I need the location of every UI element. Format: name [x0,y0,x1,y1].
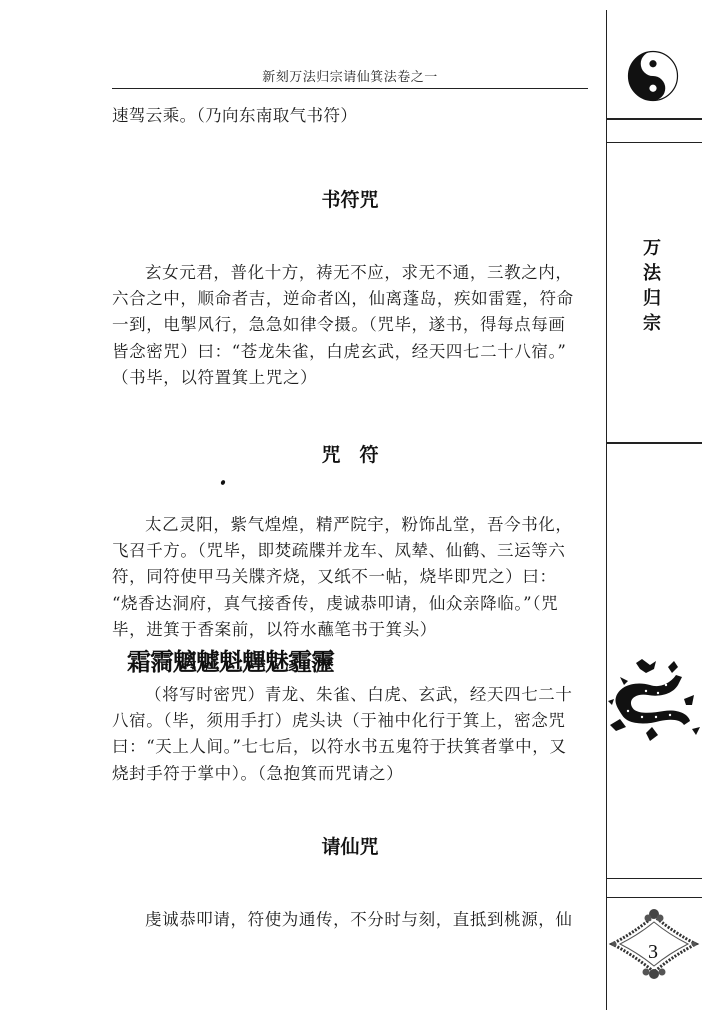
sidebar-border [606,10,607,1010]
section-body-zhou-fu-continued: （将写时密咒）青龙、朱雀、白虎、玄武，经天四七二十 八宿。（毕，须用手打）虎头诀… [112,682,588,787]
text-line: 一到，电掣风行，急急如律令摄。（咒毕，遂书，得每点每画 [112,312,588,338]
section-body-shufu-zhou: 玄女元君，普化十方，祷无不应，求无不通，三教之内， 六合之中，顺命者吉，逆命者凶… [112,260,588,391]
text-line: 虔诚恭叩请，符使为通传，不分时与刻，直抵到桃源，仙 [112,907,588,933]
sidebar-title: 万 法 归 宗 [640,236,664,336]
text-line: （书毕，以符置箕上咒之） [112,365,588,391]
text-line: 曰：“天上人间。”七七后，以符水书五鬼符于扶箕者掌中，又 [112,734,588,760]
text-line: “烧香达洞府，真气接香传，虔诚恭叩请，仙众亲降临。”（咒 [112,591,588,617]
sidebar-title-char: 归 [640,286,664,311]
sidebar-rule [606,442,702,444]
talisman-glyphs: 霜霘魑魖魁魓魅霾靋 [127,642,334,677]
text-line: 玄女元君，普化十方，祷无不应，求无不通，三教之内， [112,260,588,286]
text-line: 八宿。（毕，须用手打）虎头诀（于袖中化行于箕上，密念咒 [112,708,588,734]
sidebar-rule [606,142,702,143]
text-line: 符，同符使甲马关牒齐烧，又纸不一帖，烧毕即咒之）曰： [112,564,588,590]
section-heading-qingxian-zhou: 请仙咒 [112,832,588,859]
section-body-zhou-fu: 太乙灵阳，紫气煌煌，精严院宇，粉饰乩堂，吾今书化， 飞召千方。（咒毕，即焚疏牒并… [112,512,588,643]
text-line: 六合之中，顺命者吉，逆命者凶，仙离蓬岛，疾如雷霆，符命 [112,286,588,312]
page-number: 3 [636,941,670,964]
yin-yang-icon [627,50,679,102]
sidebar-title-char: 法 [640,261,664,286]
text-line: 毕，进箕于香案前，以符水蘸笔书于箕头） [112,617,588,643]
section-heading-shufu-zhou: 书符咒 [112,185,588,212]
text-line: （将写时密咒）青龙、朱雀、白虎、玄武，经天四七二十 [112,682,588,708]
section-heading-zhou-fu: 咒 符 [112,440,588,467]
header-rule [112,88,588,89]
continuation-line: 速驾云乘。（乃向东南取气书符） [112,103,588,129]
book-page: 新刻万法归宗请仙箕法卷之一 速驾云乘。（乃向东南取气书符） 书符咒 玄女元君，普… [0,0,702,1024]
text-line: 飞召千方。（咒毕，即焚疏牒并龙车、凤辇、仙鹤、三运等六 [112,538,588,564]
sidebar-title-char: 万 [640,236,664,261]
running-title: 新刻万法归宗请仙箕法卷之一 [112,66,588,85]
dragon-icon [606,655,702,755]
text-line: 皆念密咒）曰：“苍龙朱雀，白虎玄武，经天四七二十八宿。” [112,339,588,365]
text-line: 太乙灵阳，紫气煌煌，精严院宇，粉饰乩堂，吾今书化， [112,512,588,538]
section-body-qingxian-zhou: 虔诚恭叩请，符使为通传，不分时与刻，直抵到桃源，仙 [112,907,588,933]
ink-speck [220,479,226,485]
sidebar-title-char: 宗 [640,311,664,336]
sidebar-rule [606,897,702,898]
sidebar-rule [606,118,702,120]
sidebar-rule [606,878,702,879]
text-line: 烧封手符于掌中）。（急抱箕而咒请之） [112,761,588,787]
